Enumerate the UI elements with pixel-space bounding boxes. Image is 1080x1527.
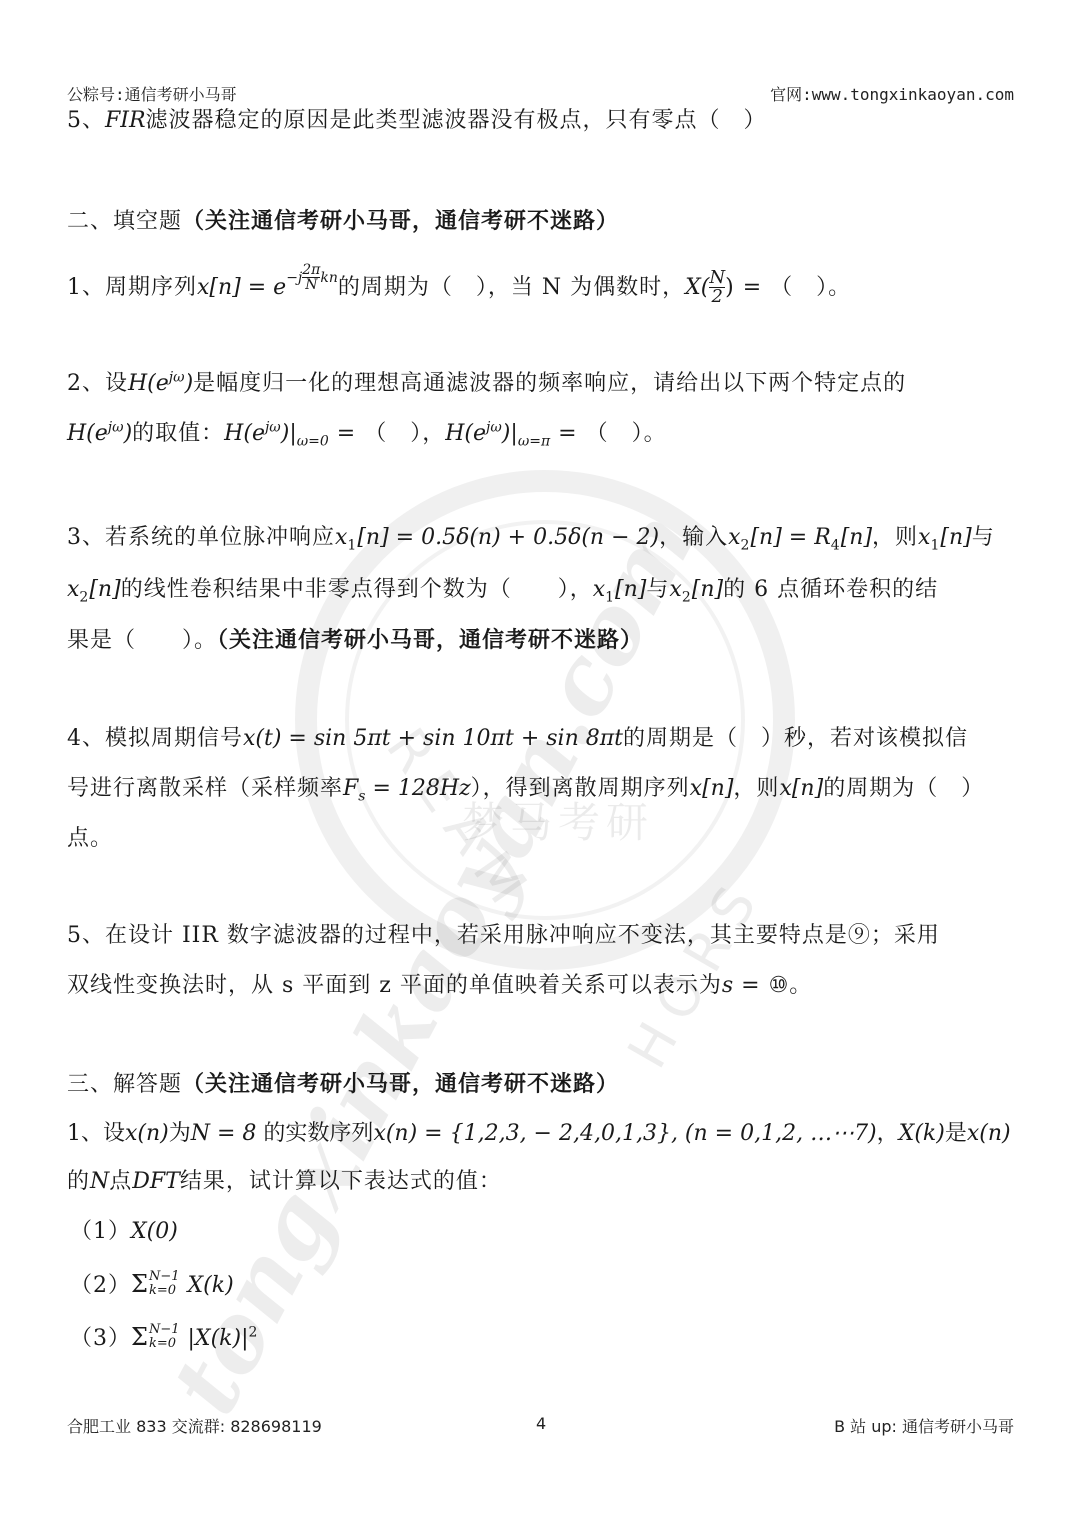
question-text: ) = （ ）。	[725, 275, 851, 300]
math-expr: x	[669, 577, 681, 602]
question-text: 的取值：	[132, 421, 224, 446]
math-expr: x(n) = {1,2,3, − 2,4,0,1,3}, (n = 0,1,2,…	[373, 1121, 876, 1146]
footer-group-info: 合肥工业 833 交流群: 828698119	[67, 1414, 322, 1437]
math-expr: [n]	[89, 577, 120, 602]
promo-note: （关注通信考研小马哥，通信考研不迷路）	[217, 627, 643, 653]
superscript: jω	[265, 420, 281, 436]
math-expr: N = 8	[191, 1121, 257, 1146]
fill-question-5-line-1: 5、在设计 IIR 数字滤波器的过程中，若采用脉冲响应不变法，其主要特点是⑨；采…	[67, 922, 940, 950]
sum-upper-limit: N−1	[149, 1323, 180, 1337]
math-expr: [n]	[841, 525, 872, 550]
question-text: 为	[169, 1121, 191, 1146]
superscript: 2	[249, 1325, 259, 1341]
question-text: 是幅度归一化的理想高通滤波器的频率响应，请给出以下两个特定点的	[193, 371, 906, 396]
question-text: 是	[945, 1121, 967, 1146]
section-note: （关注通信考研小马哥，通信考研不迷路）	[182, 208, 619, 234]
math-expr: )	[185, 371, 194, 396]
math-expr: H(e	[128, 371, 169, 396]
question-text: 双线性变换法时，从 s 平面到 z 平面的单值映着关系可以表示为	[67, 973, 722, 998]
question-text: 的周期为（ ）	[823, 776, 984, 801]
question-text: = （ ），	[329, 421, 445, 446]
subscript: ω=π	[518, 433, 550, 449]
sum-lower-limit: k=0	[149, 1284, 180, 1298]
math-term: FIR	[105, 108, 146, 133]
exponent: −j2πNkn	[286, 270, 338, 286]
exponent-tail: kn	[320, 270, 338, 286]
superscript: jω	[169, 370, 185, 386]
fill-question-5-line-2: 双线性变换法时，从 s 平面到 z 平面的单值映着关系可以表示为s = ⑩。	[67, 972, 812, 1000]
fill-question-4-line-3: 点。	[67, 825, 113, 853]
section-note: （关注通信考研小马哥，通信考研不迷路）	[182, 1071, 619, 1097]
question-text: 1、周期序列	[67, 275, 197, 300]
question-number: 5、	[67, 108, 105, 133]
tf-question-5: 5、FIR滤波器稳定的原因是此类型滤波器没有极点，只有零点（ ）	[67, 107, 767, 135]
problem-1-line-2: 的N点DFT结果，试计算以下表达式的值：	[67, 1168, 502, 1196]
subscript: ω=0	[297, 433, 329, 449]
question-text: 2、设	[67, 371, 128, 396]
exponent-prefix: −j	[286, 270, 302, 286]
math-expr: N	[90, 1169, 109, 1194]
math-expr: X(k)	[188, 1273, 234, 1298]
math-expr: [n] = R	[750, 525, 830, 550]
math-expr: X(	[685, 275, 709, 300]
question-text: ，则	[733, 776, 779, 801]
math-expr: F	[343, 776, 358, 801]
math-expr: [n]	[692, 577, 723, 602]
page-number: 4	[536, 1414, 546, 1433]
math-expr: X(0)	[131, 1219, 178, 1244]
math-expr: x[n] = e	[197, 275, 286, 300]
fill-question-3-line-3: 果是（ ）。（关注通信考研小马哥，通信考研不迷路）	[67, 626, 643, 655]
fill-question-4-line-2: 号进行离散采样（采样频率Fs = 128Hz），得到离散周期序列x[n]，则x[…	[67, 775, 984, 803]
question-text: 果是（ ）。	[67, 628, 217, 653]
question-text: 点	[109, 1169, 132, 1194]
fill-question-2-line-2: H(ejω)的取值：H(ejω)|ω=0 = （ ），H(ejω)|ω=π = …	[67, 420, 667, 448]
math-expr: x	[593, 577, 605, 602]
question-text: 点。	[67, 826, 113, 851]
section-3-heading: 三、解答题（关注通信考研小马哥，通信考研不迷路）	[67, 1070, 619, 1099]
frac-den: N	[302, 278, 320, 292]
problem-1-line-1: 1、设x(n)为N = 8 的实数序列x(n) = {1,2,3, − 2,4,…	[67, 1120, 1011, 1148]
question-text: 的线性卷积结果中非零点得到个数为（ ），	[121, 577, 593, 602]
footer-bilibili: B 站 up: 通信考研小马哥	[834, 1414, 1014, 1437]
question-text: 的周期为（ ），当 N 为偶数时，	[338, 275, 685, 300]
question-text: = ⑩。	[733, 973, 812, 998]
question-text: 滤波器稳定的原因是此类型滤波器没有极点，只有零点（ ）	[146, 108, 767, 133]
section-2-heading: 二、填空题（关注通信考研小马哥，通信考研不迷路）	[67, 207, 619, 236]
fill-question-4-line-1: 4、模拟周期信号x(t) = sin 5πt + sin 10πt + sin …	[67, 725, 968, 753]
item-label: （1）	[70, 1219, 131, 1244]
math-expr: [n] = 0.5δ(n) + 0.5δ(n − 2)	[357, 525, 659, 550]
fraction: N2	[709, 269, 725, 306]
math-expr: )	[124, 421, 133, 446]
question-text: 的周期是（ ）秒，若对该模拟信	[623, 726, 968, 751]
math-expr: H(e	[445, 421, 486, 446]
question-text: 3、若系统的单位脉冲响应	[67, 525, 335, 550]
question-text: 结果，试计算以下表达式的值：	[180, 1169, 502, 1194]
math-expr: x	[67, 577, 79, 602]
section-title: 三、解答题	[67, 1072, 182, 1097]
math-expr: x(n)	[967, 1121, 1011, 1146]
question-text: ，则	[872, 525, 918, 550]
question-text: 5、在设计 IIR 数字滤波器的过程中，若采用脉冲响应不变法，其主要特点是⑨；采…	[67, 923, 940, 948]
question-text: = （ ）。	[550, 421, 666, 446]
sum-upper-limit: N−1	[149, 1270, 180, 1284]
question-text: 1、设	[67, 1121, 125, 1146]
math-expr: x	[335, 525, 347, 550]
question-text: 与	[646, 577, 669, 602]
problem-1-item-3: （3）ΣN−1k=0 |X(k)|2	[70, 1323, 258, 1353]
question-text: 的	[67, 1169, 90, 1194]
header-account-name: 公粽号:通信考研小马哥	[67, 82, 237, 105]
subscript: 4	[831, 537, 841, 553]
problem-1-item-2: （2）ΣN−1k=0 X(k)	[70, 1270, 234, 1300]
math-expr: DFT	[132, 1169, 180, 1194]
math-expr: X(k)	[899, 1121, 945, 1146]
question-text: 的 6 点循环卷积的结	[723, 577, 938, 602]
superscript: jω	[486, 420, 502, 436]
item-label: （2）	[70, 1273, 131, 1298]
summation: ΣN−1k=0	[131, 1270, 180, 1298]
math-expr: x	[728, 525, 740, 550]
math-expr: [n]	[940, 525, 971, 550]
math-expr: x(n)	[125, 1121, 169, 1146]
frac-num: 2π	[302, 263, 320, 278]
math-expr: s	[722, 973, 733, 998]
math-expr: H(e	[67, 421, 108, 446]
math-expr: x(t) = sin 5πt + sin 10πt + sin 8πt	[243, 726, 623, 751]
question-text: 与	[972, 525, 995, 550]
frac-den: 2	[709, 288, 725, 306]
sum-lower-limit: k=0	[149, 1337, 180, 1351]
superscript: jω	[108, 420, 124, 436]
question-text: 的实数序列	[256, 1121, 373, 1146]
math-expr: x[n]	[779, 776, 823, 801]
section-title: 二、填空题	[67, 209, 182, 234]
math-expr: = 128Hz	[365, 776, 470, 801]
problem-1-item-1: （1）X(0)	[70, 1218, 178, 1246]
question-text: ），得到离散周期序列	[471, 776, 690, 801]
math-expr: |X(k)|	[188, 1326, 249, 1351]
math-expr: H(e	[224, 421, 265, 446]
header-website: 官网:www.tongxinkaoyan.com	[770, 82, 1014, 105]
math-expr: x[n]	[690, 776, 734, 801]
question-text: 4、模拟周期信号	[67, 726, 243, 751]
math-expr: x	[918, 525, 930, 550]
summation: ΣN−1k=0	[131, 1323, 180, 1351]
item-label: （3）	[70, 1326, 131, 1351]
fill-question-2-line-1: 2、设H(ejω)是幅度归一化的理想高通滤波器的频率响应，请给出以下两个特定点的	[67, 370, 906, 398]
question-text: ，输入	[659, 525, 728, 550]
math-expr: [n]	[615, 577, 646, 602]
fraction: 2πN	[302, 263, 320, 292]
fill-question-1: 1、周期序列x[n] = e−j2πNkn的周期为（ ），当 N 为偶数时，X(…	[67, 267, 851, 306]
question-text: ，	[877, 1121, 899, 1146]
fill-question-3-line-1: 3、若系统的单位脉冲响应x1[n] = 0.5δ(n) + 0.5δ(n − 2…	[67, 524, 995, 552]
fill-question-3-line-2: x2[n]的线性卷积结果中非零点得到个数为（ ），x1[n]与x2[n]的 6 …	[67, 576, 938, 604]
question-text: 号进行离散采样（采样频率	[67, 776, 343, 801]
